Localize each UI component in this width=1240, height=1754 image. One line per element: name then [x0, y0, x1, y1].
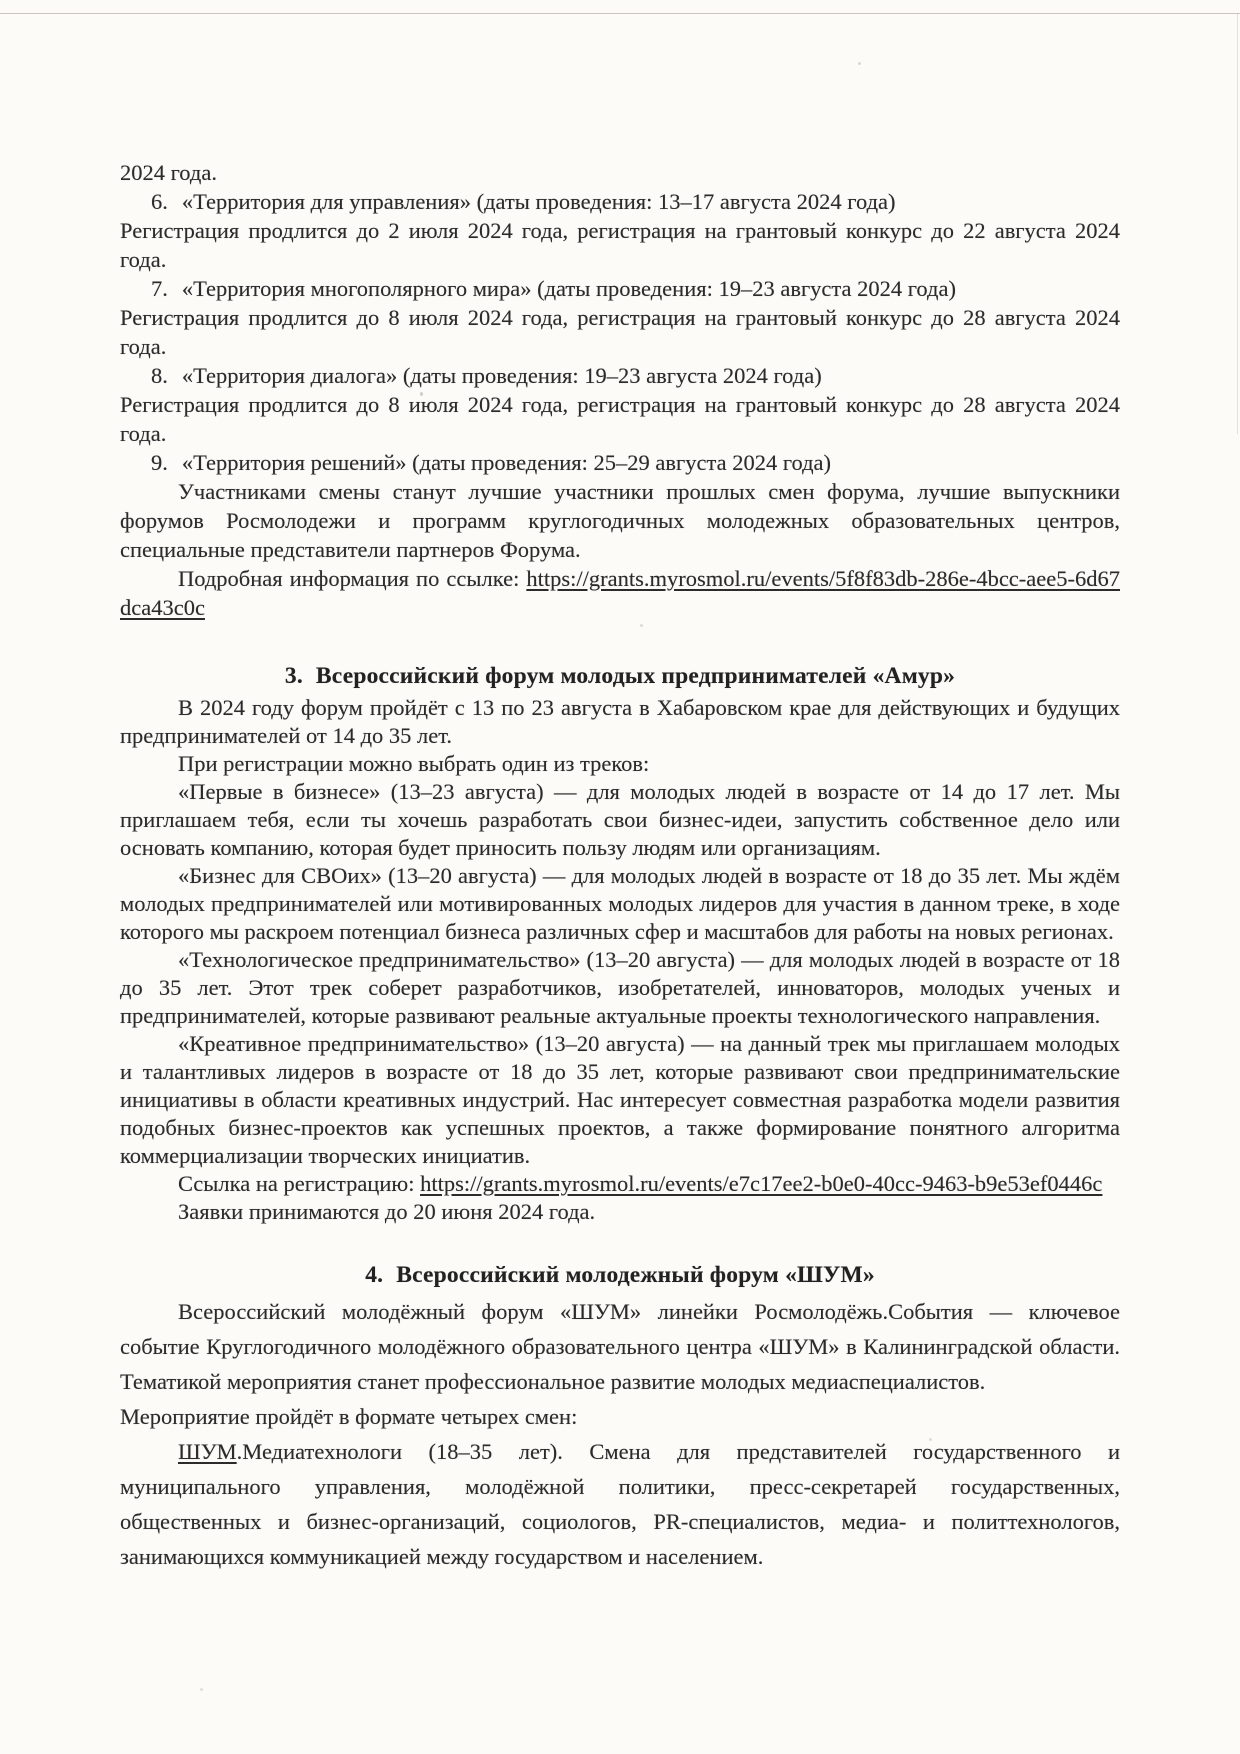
paragraph-deadline: Заявки принимаются до 20 июня 2024 года. [120, 1198, 1120, 1226]
paragraph-registration-8: Регистрация продлится до 8 июля 2024 год… [120, 390, 1120, 448]
item-number: 8. [151, 363, 168, 388]
heading-title: Всероссийский молодежный форум «ШУМ» [396, 1262, 875, 1288]
section-amur: В 2024 году форум пройдёт с 13 по 23 авг… [120, 694, 1120, 1226]
registration-link-prefix: Ссылка на регистрацию: [178, 1171, 414, 1196]
paragraph-track-tech: «Технологическое предпринимательство» (1… [120, 946, 1120, 1030]
paragraph-amur-tracks-lead: При регистрации можно выбрать один из тр… [120, 750, 1120, 778]
list-item-6: 6.«Территория для управления» (даты пров… [120, 187, 1120, 216]
paragraph-amur-intro: В 2024 году форум пройдёт с 13 по 23 авг… [120, 694, 1120, 750]
list-item-7: 7.«Территория многополярного мира» (даты… [120, 274, 1120, 303]
paragraph-shum-format: Мероприятие пройдёт в формате четырех см… [120, 1399, 1120, 1434]
info-link-prefix: Подробная информация по ссылке: [178, 566, 519, 591]
scanned-document-page: { "page": { "background_color": "#fcfbf8… [0, 0, 1240, 1754]
paragraph-track-first-business: «Первые в бизнесе» (13–23 августа) — для… [120, 778, 1120, 862]
shift-description: .Медиатехнологи (18–35 лет). Смена для п… [120, 1439, 1120, 1569]
paragraph-shum-intro: Всероссийский молодёжный форум «ШУМ» лин… [120, 1294, 1120, 1399]
scan-edge-line-top [0, 13, 1240, 14]
item-title: «Территория для управления» (даты провед… [182, 189, 896, 214]
paragraph-registration-link: Ссылка на регистрацию: https://grants.my… [120, 1170, 1120, 1198]
scan-speck [858, 62, 861, 65]
paragraph-participants: Участниками смены станут лучшие участник… [120, 477, 1120, 564]
heading-title: Всероссийский форум молодых предпринимат… [316, 663, 955, 689]
heading-number: 4. [365, 1262, 383, 1288]
item-number: 7. [151, 276, 168, 301]
paragraph-info-link: Подробная информация по ссылке: https://… [120, 564, 1120, 622]
shift-name-underlined: ШУМ [178, 1439, 237, 1464]
paragraph-registration-7: Регистрация продлится до 8 июля 2024 год… [120, 303, 1120, 361]
heading-number: 3. [285, 663, 303, 689]
item-number: 6. [151, 189, 168, 214]
paragraph-shift-mediatech: ШУМ.Медиатехнологи (18–35 лет). Смена дл… [120, 1434, 1120, 1574]
item-title: «Территория диалога» (даты проведения: 1… [182, 363, 822, 388]
section-heading-amur: 3.Всероссийский форум молодых предприним… [120, 658, 1120, 694]
section-shum: Всероссийский молодёжный форум «ШУМ» лин… [120, 1294, 1120, 1574]
document-content: 2024 года. 6.«Территория для управления»… [120, 158, 1120, 1574]
section-heading-shum: 4.Всероссийский молодежный форум «ШУМ» [120, 1256, 1120, 1294]
paragraph-track-svo-business: «Бизнес для СВОих» (13–20 августа) — для… [120, 862, 1120, 946]
section-territory-continued: 2024 года. 6.«Территория для управления»… [120, 158, 1120, 622]
list-item-8: 8.«Территория диалога» (даты проведения:… [120, 361, 1120, 390]
item-title: «Территория многополярного мира» (даты п… [182, 276, 956, 301]
scan-edge-line-right [1237, 14, 1238, 434]
grants-amur-link[interactable]: https://grants.myrosmol.ru/events/e7c17e… [420, 1171, 1102, 1196]
paragraph-track-creative: «Креативное предпринимательство» (13–20 … [120, 1030, 1120, 1170]
scan-speck [200, 1688, 203, 1691]
paragraph-tail: 2024 года. [120, 158, 1120, 187]
paragraph-registration-6: Регистрация продлится до 2 июля 2024 год… [120, 216, 1120, 274]
list-item-9: 9.«Территория решений» (даты проведения:… [120, 448, 1120, 477]
item-title: «Территория решений» (даты проведения: 2… [182, 450, 831, 475]
item-number: 9. [151, 450, 168, 475]
